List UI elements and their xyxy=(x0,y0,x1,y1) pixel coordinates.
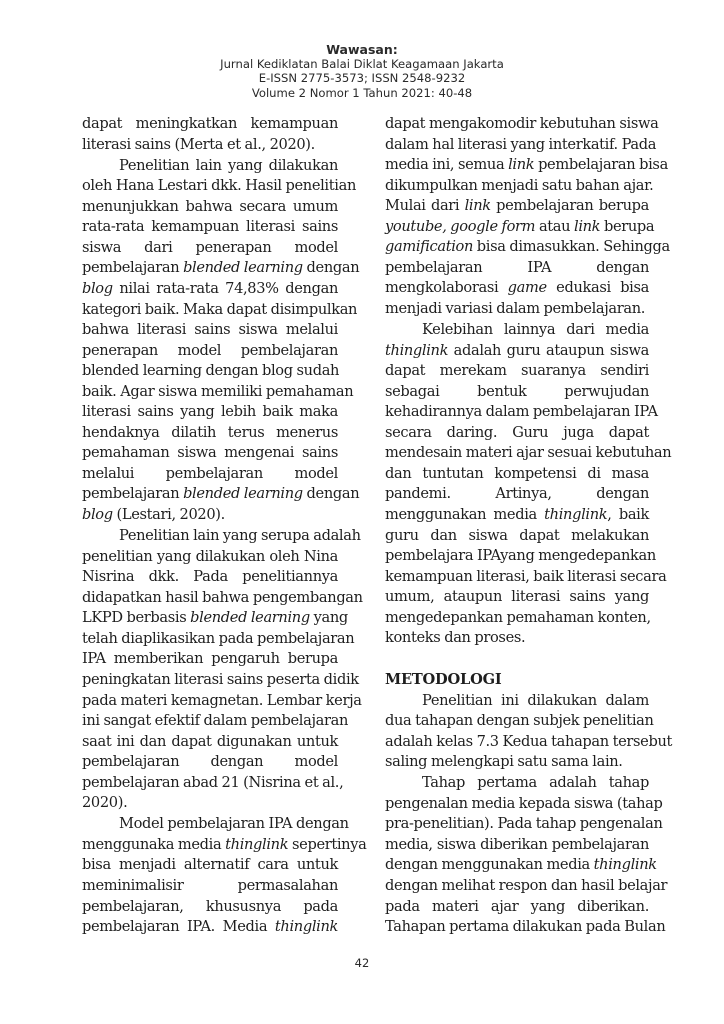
italic-term: thinglink xyxy=(275,918,338,935)
paragraph: Kelebihan lainnya dari mediathinglink ad… xyxy=(385,320,649,649)
text-run: dengan xyxy=(303,485,360,502)
text-line: menggunaka media thinglink sepertinya xyxy=(82,835,338,856)
text-line: media ini, semua link pembelajaran bisa xyxy=(385,155,649,176)
text-line: IPA memberikan pengaruh berupa xyxy=(82,649,338,670)
text-run: rata-rata kemampuan literasi sains xyxy=(82,218,338,235)
text-run: pra-penelitian). Pada tahap pengenalan xyxy=(385,815,663,832)
text-run: peningkatan literasi sains peserta didik xyxy=(82,671,359,688)
text-line: pandemi. Artinya, dengan xyxy=(385,484,649,505)
text-run: pembelajaran bisa xyxy=(534,156,668,173)
text-line: Tahap pertama adalah tahap xyxy=(385,773,649,794)
paragraph: Penelitian lain yang serupa adalahpeneli… xyxy=(82,526,338,814)
text-run: dapat merekam suaranya sendiri xyxy=(385,362,649,379)
text-line: kemampuan literasi, baik literasi secara xyxy=(385,567,649,588)
journal-name: Wawasan: xyxy=(0,42,724,57)
paragraph: Tahap pertama adalah tahappengenalan med… xyxy=(385,773,649,937)
text-line: oleh Hana Lestari dkk. Hasil penelitian xyxy=(82,176,338,197)
text-line: dua tahapan dengan subjek penelitian xyxy=(385,711,649,732)
text-run: ini sangat efektif dalam pembelajaran xyxy=(82,712,348,729)
text-run: meminimalisir permasalahan xyxy=(82,877,338,894)
text-line: mengedepankan pemahaman konten, xyxy=(385,608,649,629)
text-line: penelitian yang dilakukan oleh Nina xyxy=(82,547,338,568)
text-run: media, siswa diberikan pembelajaran xyxy=(385,836,649,853)
text-line: pembelajara IPAyang mengedepankan xyxy=(385,546,649,567)
text-line: sebagai bentuk perwujudan xyxy=(385,382,649,403)
text-run: umum, ataupun literasi sains yang xyxy=(385,588,649,605)
text-run: pembelajaran xyxy=(82,259,183,276)
text-run: guru dan siswa dapat melakukan xyxy=(385,527,649,544)
text-run: dan tuntutan kompetensi di masa xyxy=(385,465,649,482)
text-line: pembelajaran, khususnya pada xyxy=(82,897,338,918)
section-spacer xyxy=(385,649,649,670)
italic-term: gamification xyxy=(385,238,473,255)
text-run: pembelajaran, khususnya pada xyxy=(82,898,338,915)
text-line: dikumpulkan menjadi satu bahan ajar. xyxy=(385,176,649,197)
text-line: pembelajaran IPA. Media thinglink xyxy=(82,917,338,938)
text-line: melalui pembelajaran model xyxy=(82,464,338,485)
text-line: didapatkan hasil bahwa pengembangan xyxy=(82,588,338,609)
text-run: telah diaplikasikan pada pembelajaran xyxy=(82,630,354,647)
text-run: IPA memberikan pengaruh berupa xyxy=(82,650,338,667)
text-run: menggunaka media xyxy=(82,836,225,853)
text-run: dengan melihat respon dan hasil belajar xyxy=(385,877,667,894)
text-run: sebagai bentuk perwujudan xyxy=(385,383,649,400)
italic-term: blended learning xyxy=(183,485,303,502)
text-run: konteks dan proses. xyxy=(385,629,525,646)
text-run: siswa dari penerapan model xyxy=(82,239,338,256)
text-run: Penelitian lain yang serupa adalah xyxy=(119,527,361,544)
text-run: mengkolaborasi xyxy=(385,279,508,296)
text-run: pembelajara IPAyang mengedepankan xyxy=(385,547,656,564)
text-run: blended learning dengan blog sudah xyxy=(82,362,339,379)
text-run: oleh Hana Lestari dkk. Hasil penelitian xyxy=(82,177,356,194)
text-line: pengenalan media kepada siswa (tahap xyxy=(385,794,649,815)
text-line: blended learning dengan blog sudah xyxy=(82,361,338,382)
italic-term: blended learning xyxy=(183,259,303,276)
italic-term: blog xyxy=(82,506,113,523)
text-line: adalah kelas 7.3 Kedua tahapan tersebut xyxy=(385,732,649,753)
journal-subtitle: Jurnal Kediklatan Balai Diklat Keagamaan… xyxy=(0,57,724,71)
text-line: thinglink adalah guru ataupun siswa xyxy=(385,341,649,362)
text-line: pada materi ajar yang diberikan. xyxy=(385,897,649,918)
text-line: pembelajaran blended learning dengan xyxy=(82,484,338,505)
text-line: pembelajaran abad 21 (Nisrina et al., xyxy=(82,773,338,794)
text-run: bisa menjadi alternatif cara untuk xyxy=(82,856,338,873)
text-line: baik. Agar siswa memiliki pemahaman xyxy=(82,382,338,403)
text-line: kehadirannya dalam pembelajaran IPA xyxy=(385,402,649,423)
text-run: secara daring. Guru juga dapat xyxy=(385,424,649,441)
text-line: mengkolaborasi game edukasi bisa xyxy=(385,278,649,299)
text-line: literasi sains (Merta et al., 2020). xyxy=(82,135,338,156)
text-run: atau xyxy=(535,218,574,235)
text-line: bisa menjadi alternatif cara untuk xyxy=(82,855,338,876)
text-run: yang xyxy=(310,609,348,626)
page-number: 42 xyxy=(0,956,724,970)
text-line: LKPD berbasis blended learning yang xyxy=(82,608,338,629)
text-run: dengan xyxy=(303,259,360,276)
paragraph: dapat mengakomodir kebutuhan siswadalam … xyxy=(385,114,649,319)
text-line: bahwa literasi sains siswa melalui xyxy=(82,320,338,341)
text-run: 2020). xyxy=(82,794,127,811)
text-line: dapat mengakomodir kebutuhan siswa xyxy=(385,114,649,135)
text-line: Kelebihan lainnya dari media xyxy=(385,320,649,341)
text-run: LKPD berbasis xyxy=(82,609,190,626)
text-line: Tahapan pertama dilakukan pada Bulan xyxy=(385,917,649,938)
text-run: , baik xyxy=(607,506,649,523)
paragraph: Penelitian ini dilakukan dalamdua tahapa… xyxy=(385,691,649,773)
text-run: berupa xyxy=(600,218,654,235)
text-run: Tahap pertama adalah tahap xyxy=(422,774,649,791)
text-line: pembelajaran IPA dengan xyxy=(385,258,649,279)
text-run: pandemi. Artinya, dengan xyxy=(385,485,649,502)
italic-term: thinglink xyxy=(544,506,607,523)
text-line: ini sangat efektif dalam pembelajaran xyxy=(82,711,338,732)
text-line: dan tuntutan kompetensi di masa xyxy=(385,464,649,485)
paragraph: Model pembelajaran IPA denganmenggunaka … xyxy=(82,814,338,937)
paragraph: dapat meningkatkan kemampuanliterasi sai… xyxy=(82,114,338,155)
text-run: dua tahapan dengan subjek penelitian xyxy=(385,712,654,729)
text-line: pemahaman siswa mengenai sains xyxy=(82,443,338,464)
text-run: media ini, semua xyxy=(385,156,508,173)
text-line: rata-rata kemampuan literasi sains xyxy=(82,217,338,238)
italic-term: thinglink xyxy=(385,342,448,359)
text-run: dikumpulkan menjadi satu bahan ajar. xyxy=(385,177,653,194)
paragraph: Penelitian lain yang dilakukanoleh Hana … xyxy=(82,156,338,526)
text-line: Penelitian lain yang dilakukan xyxy=(82,156,338,177)
text-run: mendesain materi ajar sesuai kebutuhan xyxy=(385,444,671,461)
text-run: saat ini dan dapat digunakan untuk xyxy=(82,733,338,750)
text-run: dapat meningkatkan kemampuan xyxy=(82,115,338,132)
text-run: pembelajaran IPA. Media xyxy=(82,918,275,935)
text-run: menggunakan media xyxy=(385,506,544,523)
text-line: meminimalisir permasalahan xyxy=(82,876,338,897)
text-line: dalam hal literasi yang interkatif. Pada xyxy=(385,135,649,156)
right-column-body: dapat mengakomodir kebutuhan siswadalam … xyxy=(385,114,649,649)
text-run: literasi sains yang lebih baik maka xyxy=(82,403,338,420)
text-run: kategori baik. Maka dapat disimpulkan xyxy=(82,301,357,318)
text-line: menggunakan media thinglink, baik xyxy=(385,505,649,526)
text-line: secara daring. Guru juga dapat xyxy=(385,423,649,444)
text-run: hendaknya dilatih terus menerus xyxy=(82,424,338,441)
italic-term: link xyxy=(574,218,600,235)
text-run: dengan menggunakan media xyxy=(385,856,594,873)
text-run: adalah kelas 7.3 Kedua tahapan tersebut xyxy=(385,733,672,750)
text-run: dapat mengakomodir kebutuhan siswa xyxy=(385,115,658,132)
section-heading-metodologi: METODOLOGI xyxy=(385,670,649,691)
text-line: dapat meningkatkan kemampuan xyxy=(82,114,338,135)
text-run: pembelajaran abad 21 (Nisrina et al., xyxy=(82,774,343,791)
text-run: mengedepankan pemahaman konten, xyxy=(385,609,651,626)
text-line: konteks dan proses. xyxy=(385,628,649,649)
text-line: 2020). xyxy=(82,793,338,814)
text-run: pada materi ajar yang diberikan. xyxy=(385,898,649,915)
text-line: siswa dari penerapan model xyxy=(82,238,338,259)
text-line: media, siswa diberikan pembelajaran xyxy=(385,835,649,856)
text-line: Penelitian ini dilakukan dalam xyxy=(385,691,649,712)
text-run: literasi sains (Merta et al., 2020). xyxy=(82,136,315,153)
italic-term: link xyxy=(508,156,534,173)
text-line: Nisrina dkk. Pada penelitiannya xyxy=(82,567,338,588)
text-run: kemampuan literasi, baik literasi secara xyxy=(385,568,666,585)
text-run: nilai rata-rata 74,83% dengan xyxy=(113,280,338,297)
text-run: Tahapan pertama dilakukan pada Bulan xyxy=(385,918,665,935)
text-line: dapat merekam suaranya sendiri xyxy=(385,361,649,382)
text-run: Mulai dari xyxy=(385,197,465,214)
text-run: adalah guru ataupun siswa xyxy=(448,342,649,359)
text-line: saling melengkapi satu sama lain. xyxy=(385,752,649,773)
text-run: pengenalan media kepada siswa (tahap xyxy=(385,795,662,812)
text-run: pada materi kemagnetan. Lembar kerja xyxy=(82,692,362,709)
italic-term: blended learning xyxy=(190,609,310,626)
text-run: Penelitian ini dilakukan dalam xyxy=(422,692,649,709)
text-line: hendaknya dilatih terus menerus xyxy=(82,423,338,444)
text-line: literasi sains yang lebih baik maka xyxy=(82,402,338,423)
text-run: dalam hal literasi yang interkatif. Pada xyxy=(385,136,656,153)
text-run: pembelajaran xyxy=(82,485,183,502)
text-run: melalui pembelajaran model xyxy=(82,465,338,482)
text-line: blog nilai rata-rata 74,83% dengan xyxy=(82,279,338,300)
text-line: pembelajaran blended learning dengan xyxy=(82,258,338,279)
text-run: bisa dimasukkan. Sehingga xyxy=(473,238,670,255)
text-run: sepertinya xyxy=(288,836,366,853)
left-column: dapat meningkatkan kemampuanliterasi sai… xyxy=(82,114,338,938)
journal-volume: Volume 2 Nomor 1 Tahun 2021: 40-48 xyxy=(0,86,724,100)
text-line: dengan menggunakan media thinglink xyxy=(385,855,649,876)
italic-term: link xyxy=(465,197,491,214)
text-run: Kelebihan lainnya dari media xyxy=(422,321,649,338)
text-run: edukasi bisa xyxy=(547,279,649,296)
text-run: menjadi variasi dalam pembelajaran. xyxy=(385,300,645,317)
text-run: kehadirannya dalam pembelajaran IPA xyxy=(385,403,658,420)
text-line: gamification bisa dimasukkan. Sehingga xyxy=(385,237,649,258)
text-run: saling melengkapi satu sama lain. xyxy=(385,753,623,770)
text-line: kategori baik. Maka dapat disimpulkan xyxy=(82,300,338,321)
text-line: Mulai dari link pembelajaran berupa xyxy=(385,196,649,217)
text-run: penerapan model pembelajaran xyxy=(82,342,338,359)
text-line: dengan melihat respon dan hasil belajar xyxy=(385,876,649,897)
text-line: guru dan siswa dapat melakukan xyxy=(385,526,649,547)
text-line: saat ini dan dapat digunakan untuk xyxy=(82,732,338,753)
text-line: umum, ataupun literasi sains yang xyxy=(385,587,649,608)
right-column: dapat mengakomodir kebutuhan siswadalam … xyxy=(385,114,649,938)
text-line: Model pembelajaran IPA dengan xyxy=(82,814,338,835)
text-run: pemahaman siswa mengenai sains xyxy=(82,444,338,461)
text-line: penerapan model pembelajaran xyxy=(82,341,338,362)
journal-header: Wawasan: Jurnal Kediklatan Balai Diklat … xyxy=(0,42,724,100)
metodologi-body: Penelitian ini dilakukan dalamdua tahapa… xyxy=(385,691,649,938)
text-run: Penelitian lain yang dilakukan xyxy=(119,157,338,174)
italic-term: blog xyxy=(82,280,113,297)
text-run: menunjukkan bahwa secara umum xyxy=(82,198,338,215)
text-line: pra-penelitian). Pada tahap pengenalan xyxy=(385,814,649,835)
text-line: pembelajaran dengan model xyxy=(82,752,338,773)
text-run: pembelajaran berupa xyxy=(491,197,649,214)
text-line: pada materi kemagnetan. Lembar kerja xyxy=(82,691,338,712)
text-run: pembelajaran IPA dengan xyxy=(385,259,649,276)
text-run: pembelajaran dengan model xyxy=(82,753,338,770)
text-run: didapatkan hasil bahwa pengembangan xyxy=(82,589,363,606)
text-line: mendesain materi ajar sesuai kebutuhan xyxy=(385,443,649,464)
text-run: Nisrina dkk. Pada penelitiannya xyxy=(82,568,338,585)
journal-issn: E-ISSN 2775-3573; ISSN 2548-9232 xyxy=(0,71,724,85)
text-run: penelitian yang dilakukan oleh Nina xyxy=(82,548,338,565)
text-run: baik. Agar siswa memiliki pemahaman xyxy=(82,383,353,400)
text-run: bahwa literasi sains siswa melalui xyxy=(82,321,338,338)
italic-term: game xyxy=(508,279,547,296)
text-line: blog (Lestari, 2020). xyxy=(82,505,338,526)
text-line: menjadi variasi dalam pembelajaran. xyxy=(385,299,649,320)
text-line: peningkatan literasi sains peserta didik xyxy=(82,670,338,691)
italic-term: thinglink xyxy=(225,836,288,853)
text-line: telah diaplikasikan pada pembelajaran xyxy=(82,629,338,650)
text-line: Penelitian lain yang serupa adalah xyxy=(82,526,338,547)
italic-term: thinglink xyxy=(594,856,657,873)
text-line: youtube, google form atau link berupa xyxy=(385,217,649,238)
italic-term: youtube, google form xyxy=(385,218,535,235)
text-line: menunjukkan bahwa secara umum xyxy=(82,197,338,218)
text-run: (Lestari, 2020). xyxy=(113,506,225,523)
text-run: Model pembelajaran IPA dengan xyxy=(119,815,349,832)
